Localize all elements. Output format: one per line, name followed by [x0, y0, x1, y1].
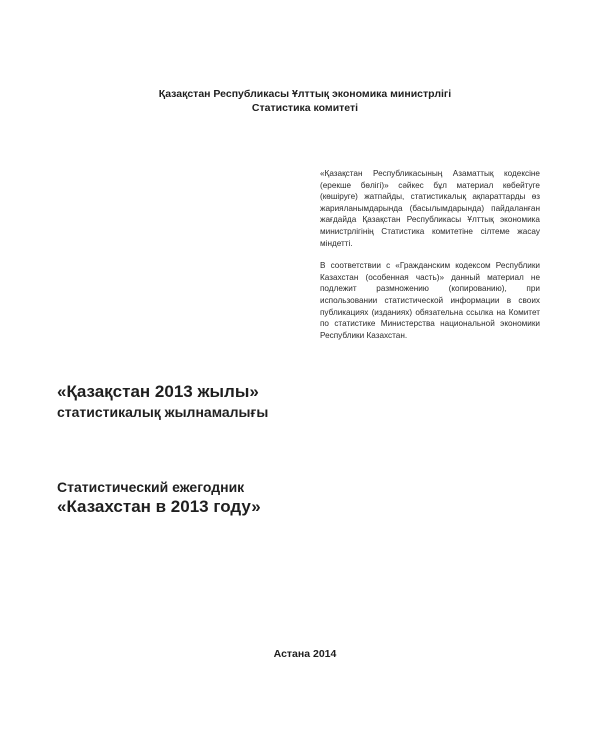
title-kazakh-main: «Қазақстан 2013 жылы» — [57, 381, 268, 403]
copyright-notice-ru: В соответствии с «Гражданским кодексом Р… — [320, 260, 540, 341]
copyright-notice-kz: «Қазақстан Республикасының Азаматтық код… — [320, 168, 540, 249]
ministry-name: Қазақстан Республикасы Ұлттық экономика … — [0, 87, 610, 101]
title-russian-main: «Казахстан в 2013 году» — [57, 496, 261, 518]
publisher-header: Қазақстан Республикасы Ұлттық экономика … — [0, 87, 610, 115]
title-russian: Статистический ежегодник «Казахстан в 20… — [57, 478, 261, 518]
title-kazakh-subtitle: статистикалық жылнамалығы — [57, 403, 268, 421]
title-kazakh: «Қазақстан 2013 жылы» статистикалық жылн… — [57, 381, 268, 421]
committee-name: Статистика комитеті — [0, 101, 610, 115]
place-and-year: Астана 2014 — [0, 647, 610, 661]
copyright-notice: «Қазақстан Республикасының Азаматтық код… — [320, 168, 540, 352]
title-russian-subtitle: Статистический ежегодник — [57, 478, 261, 496]
